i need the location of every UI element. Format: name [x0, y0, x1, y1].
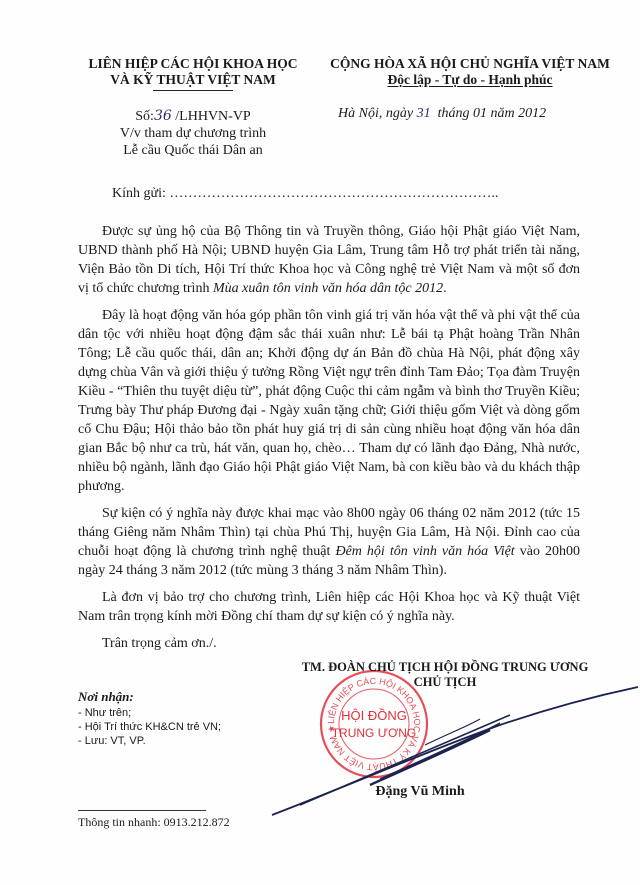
- signature-title: CHỦ TỊCH: [260, 675, 630, 690]
- subject-line1: V/v tham dự chương trình: [88, 125, 298, 142]
- event-name: Đêm hội tôn vinh văn hóa Việt: [335, 544, 514, 559]
- subject-line2: Lễ cầu Quốc thái Dân an: [88, 142, 298, 159]
- footer-divider: [78, 810, 206, 811]
- svg-text:TRUNG ƯƠNG: TRUNG ƯƠNG: [332, 726, 417, 740]
- date-suffix: tháng 01 năm 2012: [431, 106, 547, 121]
- document-date: Hà Nội, ngày 31 tháng 01 năm 2012: [338, 106, 628, 122]
- issuing-organization: LIÊN HIỆP CÁC HỘI KHOA HỌC VÀ KỸ THUẬT V…: [78, 56, 308, 91]
- svg-text:LIÊN HIỆP CÁC HỘI KHOA HỌC VÀ: LIÊN HIỆP CÁC HỘI KHOA HỌC VÀ KỸ THUẬT V…: [326, 676, 422, 772]
- recipient-item: - Lưu: VT, VP.: [78, 734, 221, 748]
- signer-name: Đặng Vũ Minh: [340, 784, 500, 800]
- letter-page: LIÊN HIỆP CÁC HỘI KHOA HỌC VÀ KỸ THUẬT V…: [0, 0, 640, 885]
- org-name-line2: VÀ KỸ THUẬT VIỆT NAM: [78, 72, 308, 88]
- date-prefix: Hà Nội, ngày: [338, 106, 417, 121]
- handwritten-signature-icon: [260, 675, 640, 825]
- national-header: CỘNG HÒA XÃ HỘI CHỦ NGHĨA VIỆT NAM Độc l…: [310, 56, 630, 88]
- recipient-item: - Như trên;: [78, 706, 221, 720]
- doc-number-suffix: /LHHVN-VP: [172, 109, 251, 124]
- signature-authority: TM. ĐOÀN CHỦ TỊCH HỘI ĐỒNG TRUNG ƯƠNG: [260, 660, 630, 675]
- svg-text:HỘI ĐỒNG: HỘI ĐỒNG: [341, 708, 407, 723]
- org-underline: [153, 90, 233, 91]
- paragraph-2: Đây là hoạt động văn hóa góp phần tôn vi…: [78, 306, 580, 496]
- recipients-title: Nơi nhận:: [78, 690, 221, 704]
- salutation: Kính gửi: ……………………………………………………………..: [112, 186, 498, 202]
- recipients-list: Nơi nhận: - Như trên; - Hội Trí thức KH&…: [78, 690, 221, 748]
- doc-number-handwritten: 36: [154, 108, 172, 124]
- org-name-line1: LIÊN HIỆP CÁC HỘI KHOA HỌC: [78, 56, 308, 72]
- doc-number-prefix: Số:: [135, 109, 154, 124]
- signature-block: TM. ĐOÀN CHỦ TỊCH HỘI ĐỒNG TRUNG ƯƠNG CH…: [260, 660, 630, 690]
- contact-info: Thông tin nhanh: 0913.212.872: [78, 815, 230, 830]
- letter-body: Được sự ủng hộ của Bộ Thông tin và Truyề…: [78, 222, 580, 661]
- closing-thanks: Trân trọng cảm ơn./.: [78, 634, 580, 653]
- paragraph-3: Sự kiện có ý nghĩa này được khai mạc vào…: [78, 504, 580, 580]
- recipient-item: - Hội Trí thức KH&CN trẻ VN;: [78, 720, 221, 734]
- paragraph-4: Là đơn vị bảo trợ cho chương trình, Liên…: [78, 588, 580, 626]
- document-reference: Số:36 /LHHVN-VP V/v tham dự chương trình…: [88, 108, 298, 159]
- national-motto: Độc lập - Tự do - Hạnh phúc: [310, 72, 630, 88]
- document-number: Số:36 /LHHVN-VP: [88, 108, 298, 125]
- program-name: Mùa xuân tôn vinh văn hóa dân tộc 2012: [213, 281, 443, 296]
- country-name: CỘNG HÒA XÃ HỘI CHỦ NGHĨA VIỆT NAM: [310, 56, 630, 72]
- stamp-ring-text: LIÊN HIỆP CÁC HỘI KHOA HỌC VÀ KỸ THUẬT V…: [326, 676, 422, 772]
- date-day-handwritten: 31: [417, 106, 431, 121]
- paragraph-1: Được sự ủng hộ của Bộ Thông tin và Truyề…: [78, 222, 580, 298]
